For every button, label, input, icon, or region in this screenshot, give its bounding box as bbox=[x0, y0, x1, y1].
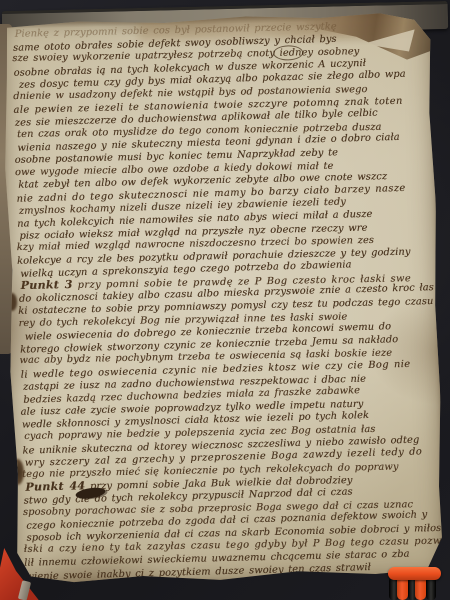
manuscript-text: Pienkę z przypomni sobie cos był postano… bbox=[12, 19, 442, 584]
manuscript-page: Pienkę z przypomni sobie cos był postano… bbox=[0, 11, 444, 587]
clip-bar bbox=[388, 567, 441, 580]
photo-backdrop: Pienkę z przypomni sobie cos był postano… bbox=[0, 0, 450, 600]
clip-prong bbox=[426, 577, 436, 600]
paragraph-marker: Punkt 3 bbox=[20, 278, 72, 292]
orange-clip bbox=[388, 562, 446, 600]
